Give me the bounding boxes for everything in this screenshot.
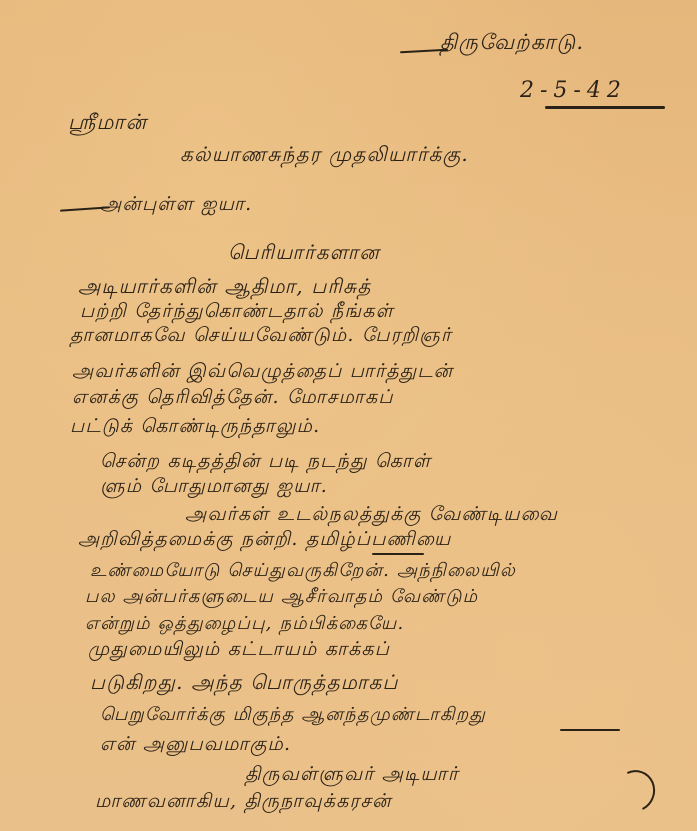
body-line: பற்றி தேர்ந்துகொண்டதால் நீங்கள் — [80, 300, 394, 325]
body-line: சென்ற கடிதத்தின் படி நடந்து கொள் — [100, 450, 431, 475]
body-line: ளும் போதுமானது ஐயா. — [100, 475, 328, 500]
letter-date: 2-5-42 — [520, 78, 627, 103]
closing-line-2: மாணவனாகிய, திருநாவுக்கரசன் — [95, 790, 392, 815]
body-line: அவர்கள் உடல்நலத்துக்கு வேண்டியவை — [185, 503, 558, 528]
body-line: அடியார்களின் ஆதிமா, பரிசுத் — [78, 274, 372, 301]
body-line: தானமாகவே செய்யவேண்டும். பேரறிஞர் — [70, 324, 452, 349]
body-line: அவர்களின் இவ்வெழுத்தைப் பார்த்துடன் — [72, 360, 453, 385]
tamil-underline — [372, 553, 424, 555]
body-line: அறிவித்தமைக்கு நன்றி. தமிழ்ப்பணியை — [78, 528, 451, 553]
date-underline — [545, 106, 665, 109]
body-line: பட்டுக் கொண்டிருந்தாலும். — [70, 415, 320, 440]
letter-addressee: கல்யாணசுந்தர முதலியார்க்கு. — [180, 142, 469, 169]
body-line: உண்மையோடு செய்துவருகிறேன். அந்நிலையில் — [90, 560, 516, 583]
body-line: முதுமையிலும் கட்டாயம் காக்கப் — [88, 638, 390, 663]
body-line: படுகிறது. அந்த பொருத்தமாகப் — [90, 670, 399, 697]
letter-greeting: அன்புள்ள ஐயா. — [100, 193, 252, 218]
last-word-underline — [560, 729, 620, 731]
body-line: என்றும் ஒத்துழைப்பு, நம்பிக்கையே. — [85, 613, 404, 636]
body-line: எனக்கு தெரிவித்தேன். மோசமாகப் — [72, 386, 394, 411]
closing-line-1: திருவள்ளுவர் அடியார் — [245, 763, 459, 788]
body-line: பல அன்பர்களுடைய ஆசீர்வாதம் வேண்டும் — [85, 586, 478, 609]
body-line: பெரியார்களான — [228, 240, 380, 267]
letter-honorific: ஸ்ரீமான் — [68, 110, 147, 137]
body-line: பெறுவோர்க்கு மிகுந்த ஆனந்தமுண்டாகிறது — [100, 704, 486, 727]
body-line: என் அனுபவமாகும். — [100, 733, 291, 758]
letter-place: திருவேற்காடு. — [440, 30, 584, 57]
